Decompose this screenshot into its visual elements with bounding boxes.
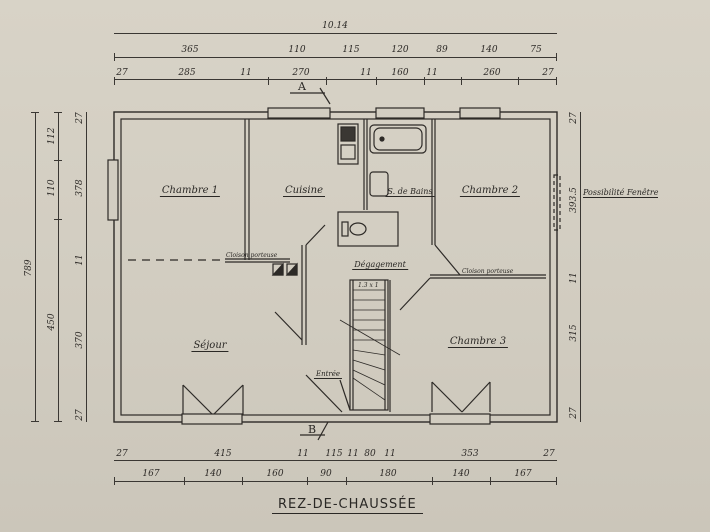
dim-left-r2-2: 11 <box>75 254 85 265</box>
room-sejour: Séjour <box>191 340 228 352</box>
dim-right-3: 315 <box>569 324 579 341</box>
dim-top-r2-2: 11 <box>240 68 251 78</box>
section-marker-b: B <box>308 423 316 436</box>
dim-bot-r2-2: 160 <box>266 469 283 479</box>
room-degagement: Dégagement <box>352 260 408 270</box>
dim-left-r1-2: 450 <box>47 313 57 330</box>
dim-line-left-row2 <box>86 112 87 422</box>
dim-left-r1-0: 112 <box>47 127 57 144</box>
dim-top-r1-6: 75 <box>530 45 541 55</box>
dim-top-r1-1: 110 <box>288 45 305 55</box>
dim-line-top-total <box>114 33 557 34</box>
dim-left-total: 789 <box>24 259 34 276</box>
dim-bot-r1-3: 115 <box>325 449 342 459</box>
room-cuisine: Cuisine <box>283 185 325 197</box>
dim-top-r1-4: 89 <box>436 45 447 55</box>
dim-bot-r2-4: 180 <box>379 469 396 479</box>
possibilite-fenetre-note: Possibilité Fenêtre <box>583 188 658 198</box>
cloison-porteuse-left: Cloison porteuse <box>226 252 277 259</box>
section-marker-a: A <box>298 80 306 93</box>
dim-left-r2-3: 370 <box>75 331 85 348</box>
dim-top-r2-4: 11 <box>360 68 371 78</box>
dim-top-r2-6: 11 <box>426 68 437 78</box>
dim-bot-r2-6: 167 <box>514 469 531 479</box>
dim-line-left-total <box>35 112 36 422</box>
cloison-porteuse-right: Cloison porteuse <box>462 268 513 275</box>
dim-bot-r2-1: 140 <box>204 469 221 479</box>
dim-top-r2-1: 285 <box>178 68 195 78</box>
dim-left-r1-1: 110 <box>47 179 57 196</box>
dim-bot-r1-1: 415 <box>214 449 231 459</box>
dim-bot-r2-3: 90 <box>320 469 331 479</box>
dim-top-r1-5: 140 <box>480 45 497 55</box>
dim-left-r2-1: 378 <box>75 179 85 196</box>
room-chambre-1: Chambre 1 <box>160 185 220 197</box>
dim-top-r2-8: 27 <box>542 68 553 78</box>
dim-bot-r1-0: 27 <box>116 449 127 459</box>
dim-right-1: 393.5 <box>569 187 579 213</box>
dim-top-r2-0: 27 <box>116 68 127 78</box>
dim-line-top-row2 <box>114 79 557 80</box>
dim-left-r2-4: 27 <box>75 409 85 420</box>
dim-top-r1-2: 115 <box>342 45 359 55</box>
dim-top-r2-5: 160 <box>391 68 408 78</box>
drawing-title: REZ-DE-CHAUSSÉE <box>272 497 423 514</box>
room-chambre-2: Chambre 2 <box>460 185 520 197</box>
dim-top-r2-3: 270 <box>292 68 309 78</box>
stairs-label: 1.3 x 1 <box>358 282 379 289</box>
dim-line-right <box>580 112 581 422</box>
room-entree: Entrée <box>314 370 342 379</box>
dim-bot-r1-5: 80 <box>364 449 375 459</box>
dim-bot-r2-0: 167 <box>142 469 159 479</box>
room-salle-de-bains: S. de Bains <box>385 187 434 197</box>
dim-right-0: 27 <box>569 112 579 123</box>
room-chambre-3: Chambre 3 <box>448 336 508 348</box>
dim-right-4: 27 <box>569 407 579 418</box>
dim-line-left-row1 <box>58 112 59 422</box>
dim-bot-r1-7: 353 <box>461 449 478 459</box>
dim-top-r1-3: 120 <box>391 45 408 55</box>
dim-right-2: 11 <box>569 272 579 283</box>
dim-left-r2-0: 27 <box>75 112 85 123</box>
dim-line-top-row1 <box>114 57 557 58</box>
dim-bot-r2-5: 140 <box>452 469 469 479</box>
dim-bot-r1-6: 11 <box>384 449 395 459</box>
dim-bot-r1-8: 27 <box>543 449 554 459</box>
dim-top-total: 10.14 <box>322 21 348 31</box>
dim-top-r2-7: 260 <box>483 68 500 78</box>
dim-bot-r1-4: 11 <box>347 449 358 459</box>
dim-bot-r1-2: 11 <box>297 449 308 459</box>
dim-top-r1-0: 365 <box>181 45 198 55</box>
dim-line-bottom-row1 <box>114 460 557 461</box>
